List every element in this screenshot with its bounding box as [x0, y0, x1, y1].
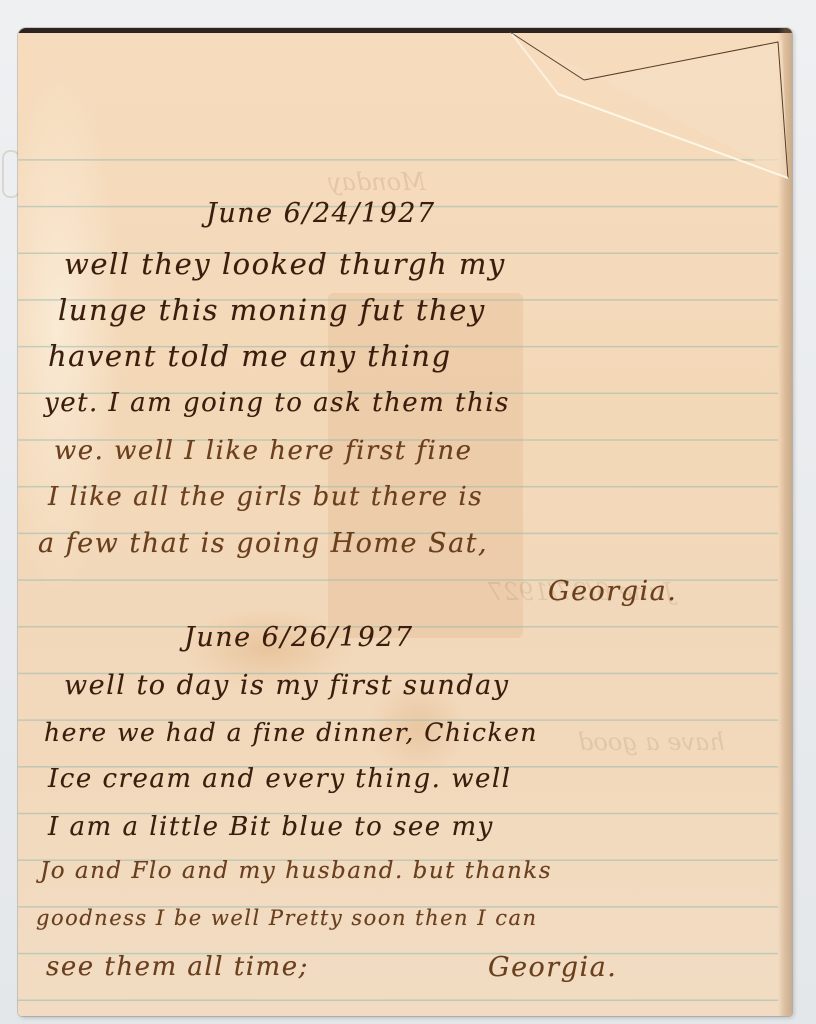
entry-line: well to day is my first sunday: [64, 672, 509, 699]
entry-date: June 6/26/1927: [184, 624, 414, 651]
entry-line: here we had a fine dinner, Chicken: [44, 720, 538, 745]
entry-line: goodness I be well Pretty soon then I ca…: [36, 908, 538, 929]
entry-line: see them all time;: [46, 954, 309, 980]
entry-line: Jo and Flo and my husband. but thanks: [40, 860, 552, 883]
notebook-page: Monday June 6/27/1927 have a good June 6…: [18, 28, 792, 1016]
signature: Georgia.: [488, 954, 617, 981]
entry-2: June 6/26/1927 well to day is my first s…: [18, 28, 792, 1016]
entry-line: I am a little Bit blue to see my: [48, 814, 494, 840]
entry-line: Ice cream and every thing. well: [48, 766, 511, 792]
